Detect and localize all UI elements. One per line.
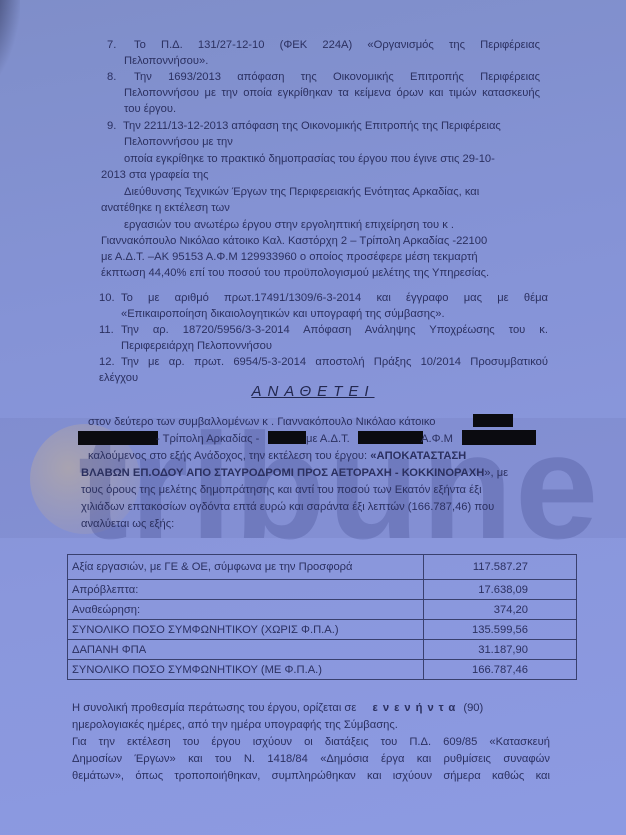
item-10-line: «Επικαιροποίηση δικαιολογητικών και υπογ… [121,307,445,321]
cost-label: ΣΥΝΟΛΙΚΟ ΠΟΣΟ ΣΥΜΦΩΝΗΤΙΚΟΥ (ΜΕ Φ.Π.Α.) [68,660,424,680]
award-line: τους όρους της μελέτης δημοπράτησης και … [81,483,482,497]
item-9-line: έκπτωση 44,40% επί του ποσού του προϋπολ… [101,266,489,280]
award-line: χιλιάδων επτακοσίων ογδόντα επτά ευρώ κα… [81,500,494,514]
redaction-bar [358,431,423,444]
item-11-line: Περιφερειάρχη Πελοποννήσου [121,339,272,353]
redaction-bar [462,430,536,445]
item-9-line: Διεύθυνσης Τεχνικών Έργων της Περιφερεια… [124,185,479,199]
award-line: ΒΛΑΒΩΝ ΕΠ.ΟΔΟΥ ΑΠΟ ΣΤΑΥΡΟΔΡΟΜΙ ΠΡΟΣ ΑΕΤΟ… [81,466,508,480]
item-number: 9. [107,119,116,133]
deadline-line: Η συνολική προθεσμία περάτωσης του έργου… [72,701,548,715]
deadline-text: Η συνολική προθεσμία περάτωσης του έργου… [72,702,356,714]
redaction-bar [78,431,158,445]
redaction-bar [473,414,513,427]
award-line: αναλύεται ως εξής: [81,517,174,531]
item-7-line: Πελοποννήσου». [124,54,208,68]
table-row: ΣΥΝΟΛΙΚΟ ΠΟΣΟ ΣΥΜΦΩΝΗΤΙΚΟΥ (ΧΩΡΙΣ Φ.Π.Α.… [68,620,577,640]
item-9-line: οποία εγκρίθηκε το πρακτικό δημοπρασίας … [124,152,495,166]
item-9-line: με Α.Δ.Τ. –ΑΚ 95153 Α.Φ.Μ 129933960 ο οπ… [101,250,478,264]
item-9-line: 2013 στα γραφεία της [101,168,209,182]
award-text: καλούμενος στο εξής Ανάδοχος, την εκτέλε… [88,450,370,462]
item-number: 7. [107,38,116,52]
deadline-days-words: ενενήντα [373,702,461,714]
item-9-line: Γιαννακόπουλο Νικόλαο κάτοικο Καλ. Καστό… [101,234,487,248]
item-9-line: Την 2211/13-12-2013 απόφαση της Οικονομι… [123,119,501,133]
item-8-line: Πελοποννήσου με την οποία εγκρίθηκαν τα … [124,86,540,100]
item-number: 11. [99,323,114,337]
item-8-line: του έργου. [124,102,176,116]
deadline-line: ημερολογιακές ημέρες, από την ημέρα υπογ… [72,718,398,732]
table-row: Αξία εργασιών, με ΓΕ & ΟΕ, σύμφωνα με τη… [68,555,577,580]
cost-amount: 166.787,46 [424,660,577,680]
item-9-line: Πελοποννήσου με την [124,135,233,149]
table-row: ΔΑΠΑΝΗ ΦΠΑ31.187,90 [68,640,577,660]
item-number: 10. [99,291,115,305]
item-number: 12. [99,355,115,369]
award-text: », με [484,467,508,479]
item-12-line: Την με αρ. πρωτ. 6954/5-3-2014 αποστολή … [121,355,548,369]
cost-amount: 17.638,09 [424,580,577,600]
item-11-line: Την αρ. 18720/5956/3-3-2014 Απόφαση Ανάλ… [121,323,548,337]
table-row: Αναθεώρηση:374,20 [68,600,577,620]
cost-amount: 374,20 [424,600,577,620]
award-line: - Τρίπολη Αρκαδίας - [156,432,259,446]
document-page: 7. Το Π.Δ. 131/27-12-10 (ΦΕΚ 224Α) «Οργα… [0,0,626,835]
table-row: ΣΥΝΟΛΙΚΟ ΠΟΣΟ ΣΥΜΦΩΝΗΤΙΚΟΥ (ΜΕ Φ.Π.Α.)16… [68,660,577,680]
item-9-line: ανατέθηκε η εκτέλεση των [101,201,230,215]
project-title: «ΑΠΟΚΑΤΑΣΤΑΣΗ [370,450,466,462]
provisions-line: θεμάτων», όπως τροποποιήθηκαν, συμπληρώθ… [72,769,550,783]
item-9-line: εργασιών του ανωτέρω έργου στην εργοληπτ… [124,218,454,232]
award-line: Α.Φ.Μ [421,432,453,446]
section-heading: ΑΝΑΘΕΤΕΙ [0,383,626,400]
item-number: 8. [107,70,116,84]
award-line: με Α.Δ.Τ. [306,432,350,446]
cost-label: Απρόβλεπτα: [68,580,424,600]
cost-amount: 117.587.27 [424,555,577,580]
cost-amount: 31.187,90 [424,640,577,660]
cost-label: Αναθεώρηση: [68,600,424,620]
award-line: καλούμενος στο εξής Ανάδοχος, την εκτέλε… [88,449,466,463]
cost-amount: 135.599,56 [424,620,577,640]
provisions-line: Για την εκτέλεση του έργου ισχύουν οι δι… [72,735,550,749]
item-7-line: Το Π.Δ. 131/27-12-10 (ΦΕΚ 224Α) «Οργανισ… [134,38,540,52]
item-8-line: Την 1693/2013 απόφαση της Οικονομικής Επ… [134,70,540,84]
cost-label: ΔΑΠΑΝΗ ΦΠΑ [68,640,424,660]
provisions-line: Δημοσίων Έργων» και του Ν. 1418/84 «Δημό… [72,752,550,766]
table-row: Απρόβλεπτα:17.638,09 [68,580,577,600]
project-title: ΒΛΑΒΩΝ ΕΠ.ΟΔΟΥ ΑΠΟ ΣΤΑΥΡΟΔΡΟΜΙ ΠΡΟΣ ΑΕΤΟ… [81,467,484,479]
cost-label: ΣΥΝΟΛΙΚΟ ΠΟΣΟ ΣΥΜΦΩΝΗΤΙΚΟΥ (ΧΩΡΙΣ Φ.Π.Α.… [68,620,424,640]
redaction-bar [268,431,306,444]
cost-label: Αξία εργασιών, με ΓΕ & ΟΕ, σύμφωνα με τη… [68,555,424,580]
cost-breakdown-table: Αξία εργασιών, με ΓΕ & ΟΕ, σύμφωνα με τη… [67,554,577,680]
award-line: στον δεύτερο των συμβαλλομένων κ . Γιανν… [88,415,436,429]
deadline-days-number: (90) [463,702,483,714]
item-10-line: Το με αριθμό πρωτ.17491/1309/6-3-2014 κα… [121,291,548,305]
